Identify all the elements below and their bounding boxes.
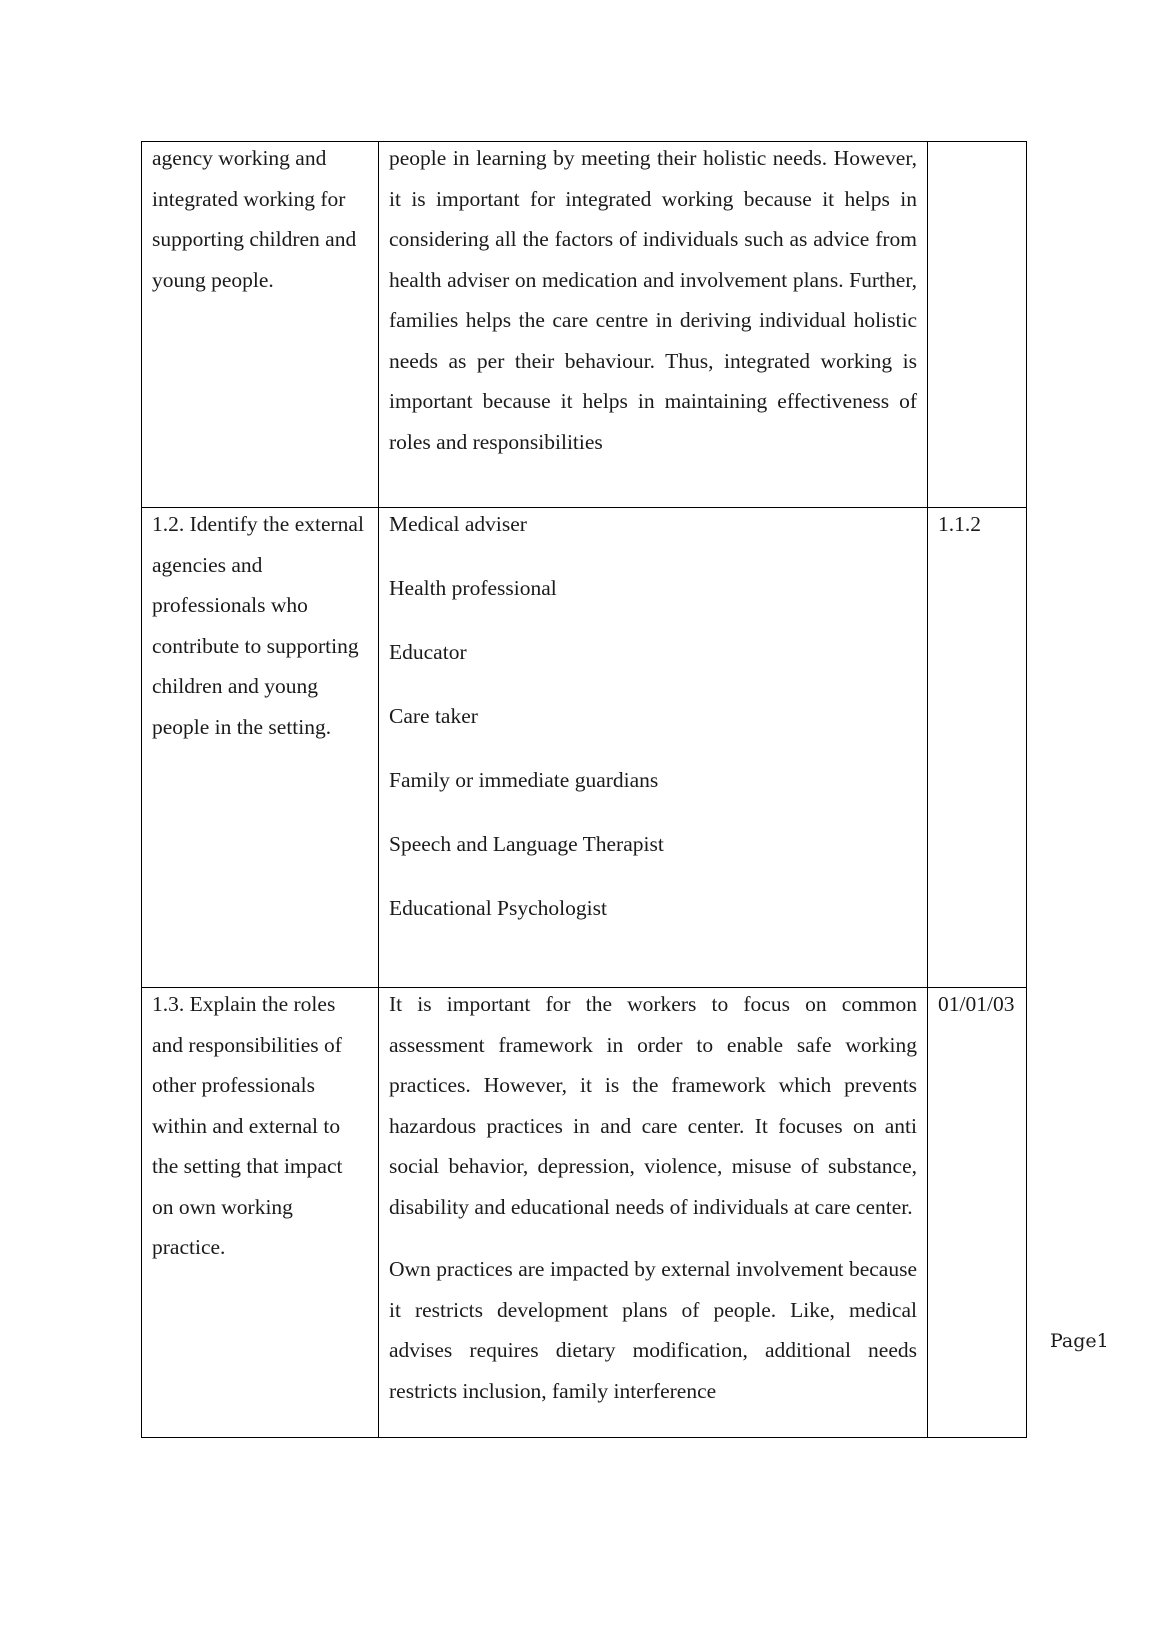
agency-list-item: Care taker xyxy=(389,696,917,737)
reference-cell: 01/01/03 xyxy=(928,988,1027,1438)
reference-text: 01/01/03 xyxy=(938,984,1016,1025)
criteria-cell: agency working and integrated working fo… xyxy=(142,142,379,508)
agency-list-item: Educational Psychologist xyxy=(389,888,917,929)
evidence-paragraph: It is important for the workers to focus… xyxy=(389,984,917,1227)
agency-list-item: Health professional xyxy=(389,568,917,609)
criteria-cell: 1.3. Explain the roles and responsibilit… xyxy=(142,988,379,1438)
reference-text: 1.1.2 xyxy=(938,504,1016,545)
table-row: 1.3. Explain the roles and responsibilit… xyxy=(142,988,1027,1438)
assessment-table: agency working and integrated working fo… xyxy=(141,141,1027,1438)
evidence-cell: people in learning by meeting their holi… xyxy=(379,142,928,508)
table-row: agency working and integrated working fo… xyxy=(142,142,1027,508)
agency-list-item: Speech and Language Therapist xyxy=(389,824,917,865)
agency-list-item: Educator xyxy=(389,632,917,673)
evidence-paragraph: people in learning by meeting their holi… xyxy=(389,138,917,462)
criteria-text: 1.3. Explain the roles and responsibilit… xyxy=(152,984,368,1268)
page-label: Page xyxy=(1050,1330,1097,1352)
criteria-text: agency working and integrated working fo… xyxy=(152,138,368,300)
reference-cell xyxy=(928,142,1027,508)
page-number: 1 xyxy=(1097,1330,1109,1352)
agency-list-item: Family or immediate guardians xyxy=(389,760,917,801)
evidence-paragraph: Own practices are impacted by external i… xyxy=(389,1249,917,1411)
evidence-cell: Medical adviser Health professional Educ… xyxy=(379,508,928,988)
table-row: 1.2. Identify the external agencies and … xyxy=(142,508,1027,988)
page-footer: Page1 xyxy=(1050,1330,1109,1352)
criteria-text: 1.2. Identify the external agencies and … xyxy=(152,504,368,747)
evidence-cell: It is important for the workers to focus… xyxy=(379,988,928,1438)
agency-list-item: Medical adviser xyxy=(389,504,917,545)
reference-cell: 1.1.2 xyxy=(928,508,1027,988)
criteria-cell: 1.2. Identify the external agencies and … xyxy=(142,508,379,988)
